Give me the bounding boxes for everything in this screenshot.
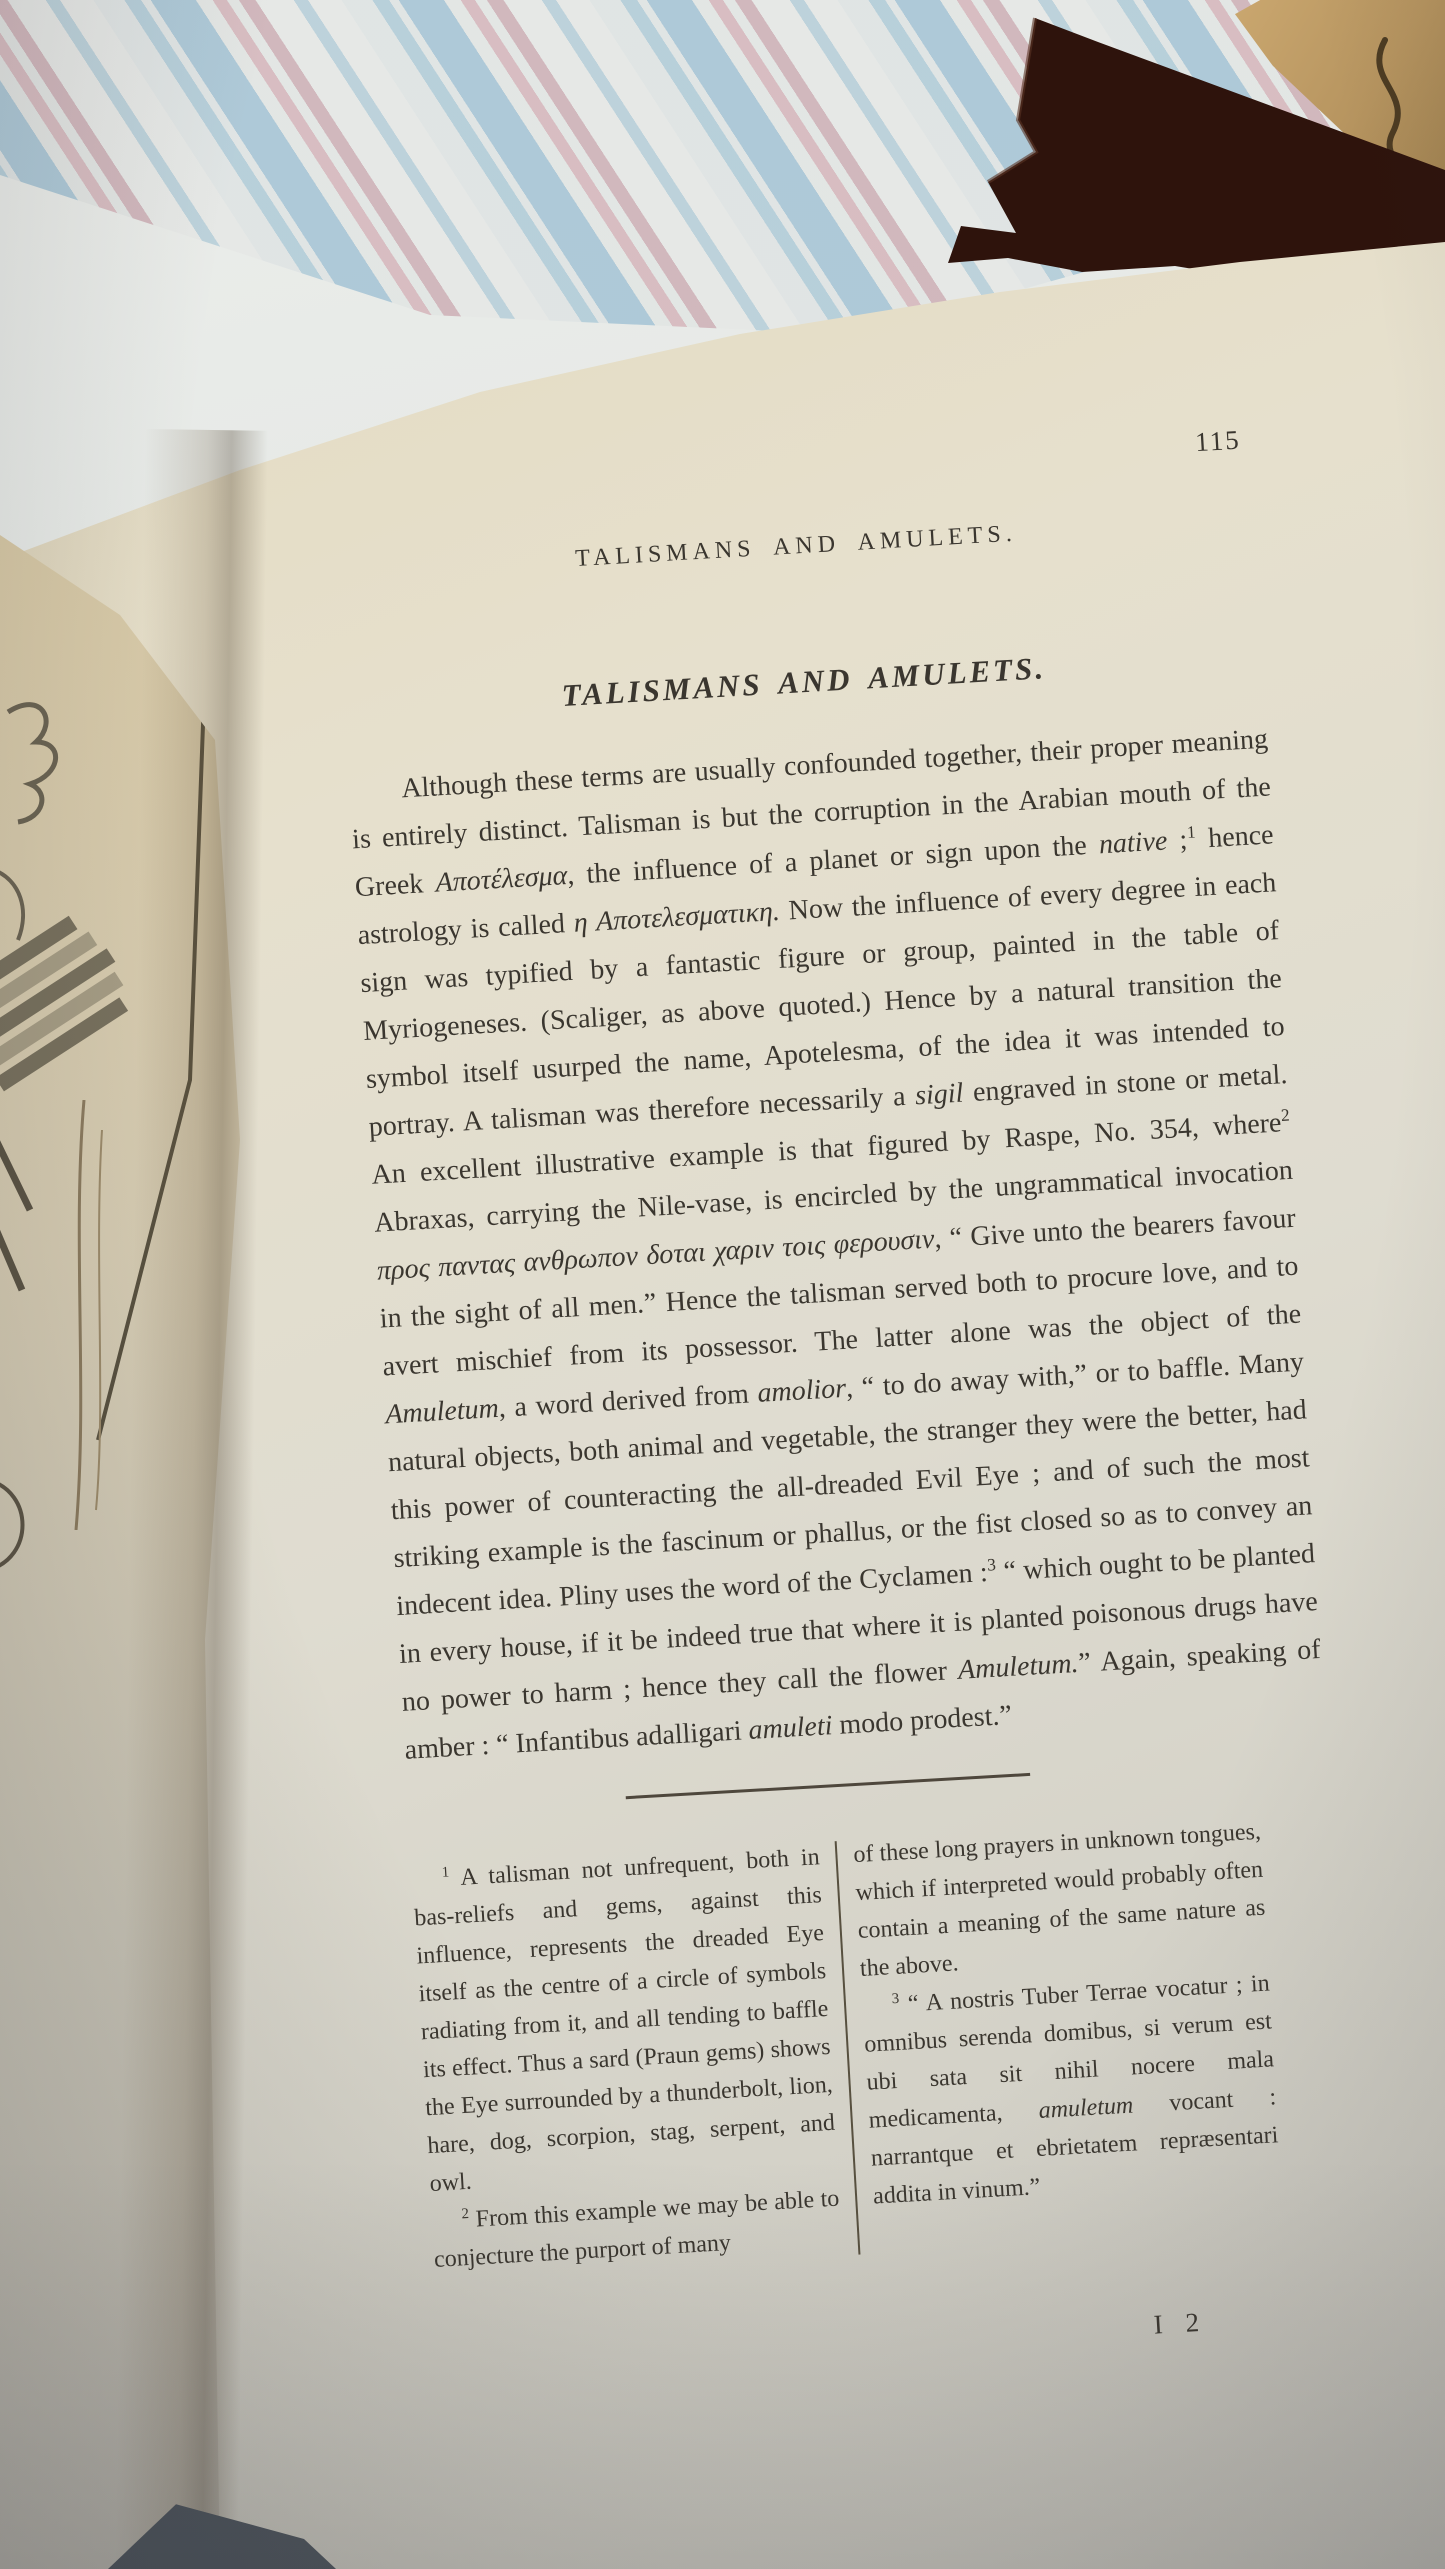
photo-open-book: 115 TALISMANS AND AMULETS. TALISMANS AND…: [0, 0, 1445, 2569]
footnote-column-right: of these long prayers in unknown tongues…: [852, 1813, 1283, 2254]
greek-phrase: Αποτέλεσμα: [435, 860, 568, 899]
binding-stitches: [58, 1100, 148, 1530]
footnote-2-continued: of these long prayers in unknown tongues…: [852, 1813, 1268, 1988]
footnote-column-left: 1 A talisman not unfrequent, both in bas…: [411, 1838, 842, 2279]
footnote-1: 1 A talisman not unfrequent, both in bas…: [411, 1838, 838, 2203]
footnote-ref-2: 2: [1280, 1106, 1290, 1125]
greek-phrase: η Αποτελεσματικη.: [573, 896, 781, 939]
footnote-3: 3 “ A nostris Tuber Terrae vocatur ; in …: [861, 1964, 1281, 2215]
section-title: TALISMANS AND AMULETS.: [344, 638, 1265, 727]
footnote-rule: [626, 1773, 1031, 1799]
body-paragraph: Although these terms are usually confoun…: [348, 716, 1324, 1775]
footnotes: 1 A talisman not unfrequent, both in bas…: [411, 1813, 1284, 2279]
page-content: 115 TALISMANS AND AMULETS. TALISMANS AND…: [330, 402, 1360, 2382]
running-head: TALISMANS AND AMULETS.: [336, 507, 1256, 587]
